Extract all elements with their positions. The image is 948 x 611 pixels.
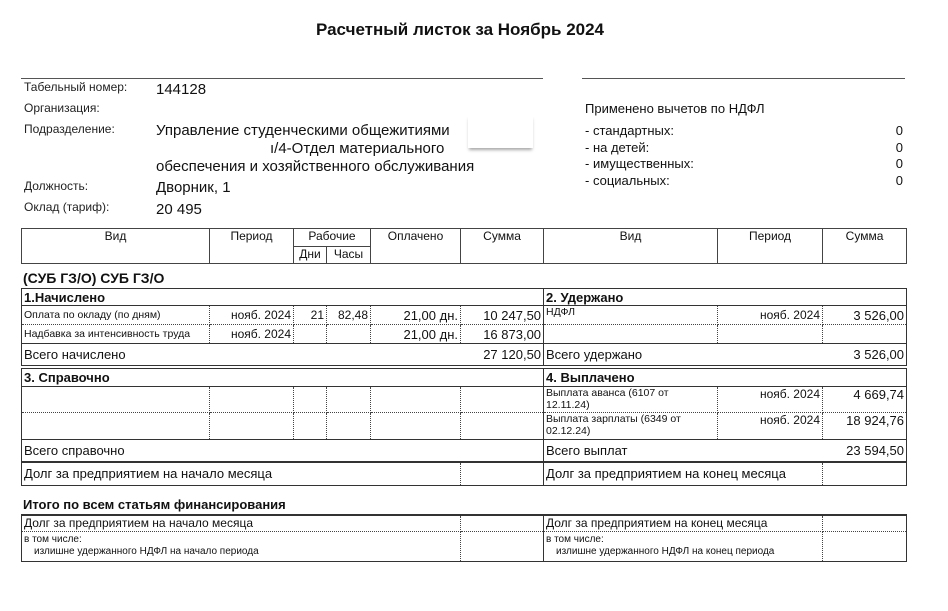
divider — [21, 78, 543, 79]
header-right-kind: Вид — [544, 229, 718, 264]
paid-out-period: нояб. 2024 — [718, 387, 823, 413]
reference-cell — [210, 387, 294, 413]
paid-out-kind-line: 02.12.24) — [546, 425, 715, 437]
accrued-paid: 21,00 дн. — [371, 306, 461, 325]
header-right-sum: Сумма — [823, 229, 907, 264]
header-right-period: Период — [718, 229, 823, 264]
payslip-title: Расчетный листок за Ноябрь 2024 — [0, 20, 920, 40]
header-hours: Часы — [327, 247, 371, 264]
debt-end-value — [823, 462, 907, 486]
paid-out-sum: 4 669,74 — [823, 387, 907, 413]
reference-cell — [371, 413, 461, 440]
reference-cell — [327, 387, 371, 413]
accrued-total-label: Всего начислено — [22, 344, 461, 366]
summary-debt-start-label: Долг за предприятием на начало месяца — [22, 515, 461, 531]
withheld-total: 3 526,00 — [823, 344, 907, 366]
paid-out-period: нояб. 2024 — [718, 413, 823, 440]
department-label: Подразделение: — [24, 122, 115, 136]
paid-out-kind-line: Выплата зарплаты (6349 от — [546, 413, 715, 425]
reference-cell — [22, 387, 210, 413]
tab-number-value: 144128 — [156, 81, 206, 98]
withheld-section-title: 2. Удержано — [544, 289, 907, 306]
paid-out-table: 4. Выплачено Выплата аванса (6107 от12.1… — [543, 368, 907, 486]
reference-cell — [294, 387, 327, 413]
debt-start-value — [461, 462, 544, 486]
salary-label: Оклад (тариф): — [24, 200, 109, 214]
header-working: Рабочие — [294, 229, 371, 247]
divider — [582, 78, 905, 79]
paid-out-total-label: Всего выплат — [544, 440, 823, 462]
withheld-sum — [823, 325, 907, 344]
accrued-paid: 21,00 дн. — [371, 325, 461, 344]
withheld-period — [718, 325, 823, 344]
accrued-days: 21 — [294, 306, 327, 325]
summary-debt-end-value — [823, 515, 907, 531]
position-label: Должность: — [24, 179, 88, 193]
withheld-table: 2. Удержано НДФЛ нояб. 2024 3 526,00 Все… — [543, 288, 907, 366]
deduction-row: - на детей:0 — [585, 140, 903, 157]
paid-out-total: 23 594,50 — [823, 440, 907, 462]
ndfl-deductions-list: - стандартных:0 - на детей:0 - имуществе… — [585, 123, 903, 189]
paid-out-kind-line: 12.11.24) — [546, 399, 715, 411]
deduction-label: - социальных: — [585, 173, 670, 190]
reference-cell — [461, 413, 544, 440]
paid-out-kind-line: Выплата аванса (6107 от — [546, 387, 715, 399]
deduction-row: - стандартных:0 — [585, 123, 903, 140]
reference-table: 3. Справочно Всего справочно Долг за пре… — [21, 368, 544, 486]
paid-out-section-title: 4. Выплачено — [544, 369, 907, 387]
fund-title: (СУБ ГЗ/О) СУБ ГЗ/О — [23, 270, 164, 286]
excess-ndfl-end-label: излишне удержанного НДФЛ на конец период… — [546, 546, 820, 558]
summary-right-including: в том числе:излишне удержанного НДФЛ на … — [544, 531, 823, 561]
reference-cell — [371, 387, 461, 413]
debt-end-label: Долг за предприятием на конец месяца — [544, 462, 823, 486]
withheld-period: нояб. 2024 — [718, 306, 823, 325]
paid-out-sum: 18 924,76 — [823, 413, 907, 440]
deduction-label: - имущественных: — [585, 156, 694, 173]
accrued-days — [294, 325, 327, 344]
deduction-label: - стандартных: — [585, 123, 674, 140]
ndfl-deductions-title: Применено вычетов по НДФЛ — [585, 101, 765, 116]
deduction-value: 0 — [896, 140, 903, 157]
withheld-kind: НДФЛ — [544, 306, 718, 325]
accrued-kind: Надбавка за интенсивность труда — [22, 325, 210, 344]
header-days: Дни — [294, 247, 327, 264]
summary-title: Итого по всем статьям финансирования — [23, 497, 286, 512]
withheld-total-label: Всего удержано — [544, 344, 823, 366]
summary-left-table: Долг за предприятием на начало месяца в … — [21, 514, 544, 562]
reference-section-title: 3. Справочно — [22, 369, 544, 387]
position-value: Дворник, 1 — [156, 179, 231, 196]
withheld-sum: 3 526,00 — [823, 306, 907, 325]
accrued-sum: 16 873,00 — [461, 325, 544, 344]
excess-ndfl-start-label: излишне удержанного НДФЛ на начало перио… — [24, 546, 458, 558]
deduction-value: 0 — [896, 123, 903, 140]
organization-label: Организация: — [24, 101, 100, 115]
summary-right-table: Долг за предприятием на конец месяца в т… — [543, 514, 907, 562]
reference-total — [461, 440, 544, 462]
reference-cell — [461, 387, 544, 413]
department-line3: обеспечения и хозяйственного обслуживани… — [156, 158, 474, 175]
deduction-row: - социальных:0 — [585, 173, 903, 190]
deduction-row: - имущественных:0 — [585, 156, 903, 173]
redaction-box — [468, 115, 533, 148]
column-header-table: Вид Период Рабочие Оплачено Сумма Вид Пе… — [21, 228, 907, 264]
withheld-kind — [544, 325, 718, 344]
summary-debt-start-value — [461, 515, 544, 531]
accrued-kind: Оплата по окладу (по дням) — [22, 306, 210, 325]
summary-debt-end-label: Долг за предприятием на конец месяца — [544, 515, 823, 531]
header-kind: Вид — [22, 229, 210, 264]
header-paid: Оплачено — [371, 229, 461, 264]
including-label: в том числе: — [24, 534, 458, 546]
accrued-table: 1.Начислено Оплата по окладу (по дням) н… — [21, 288, 544, 366]
header-sum: Сумма — [461, 229, 544, 264]
department-line2: ı/4-Отдел материального — [270, 140, 444, 157]
accrued-sum: 10 247,50 — [461, 306, 544, 325]
reference-cell — [327, 413, 371, 440]
summary-left-including: в том числе:излишне удержанного НДФЛ на … — [22, 531, 461, 561]
including-label: в том числе: — [546, 534, 820, 546]
paid-out-kind: Выплата зарплаты (6349 от02.12.24) — [544, 413, 718, 440]
reference-cell — [294, 413, 327, 440]
tab-number-label: Табельный номер: — [24, 80, 127, 94]
accrued-period: нояб. 2024 — [210, 306, 294, 325]
accrued-period: нояб. 2024 — [210, 325, 294, 344]
deduction-value: 0 — [896, 156, 903, 173]
deduction-value: 0 — [896, 173, 903, 190]
reference-cell — [22, 413, 210, 440]
header-period: Период — [210, 229, 294, 264]
accrued-hours: 82,48 — [327, 306, 371, 325]
excess-ndfl-end-value — [823, 531, 907, 561]
accrued-total: 27 120,50 — [461, 344, 544, 366]
reference-cell — [210, 413, 294, 440]
excess-ndfl-start-value — [461, 531, 544, 561]
debt-start-label: Долг за предприятием на начало месяца — [22, 462, 461, 486]
accrued-section-title: 1.Начислено — [22, 289, 544, 306]
department-line1: Управление студенческими общежитиями — [156, 122, 450, 139]
salary-value: 20 495 — [156, 201, 202, 218]
deduction-label: - на детей: — [585, 140, 649, 157]
paid-out-kind: Выплата аванса (6107 от12.11.24) — [544, 387, 718, 413]
reference-total-label: Всего справочно — [22, 440, 461, 462]
accrued-hours — [327, 325, 371, 344]
